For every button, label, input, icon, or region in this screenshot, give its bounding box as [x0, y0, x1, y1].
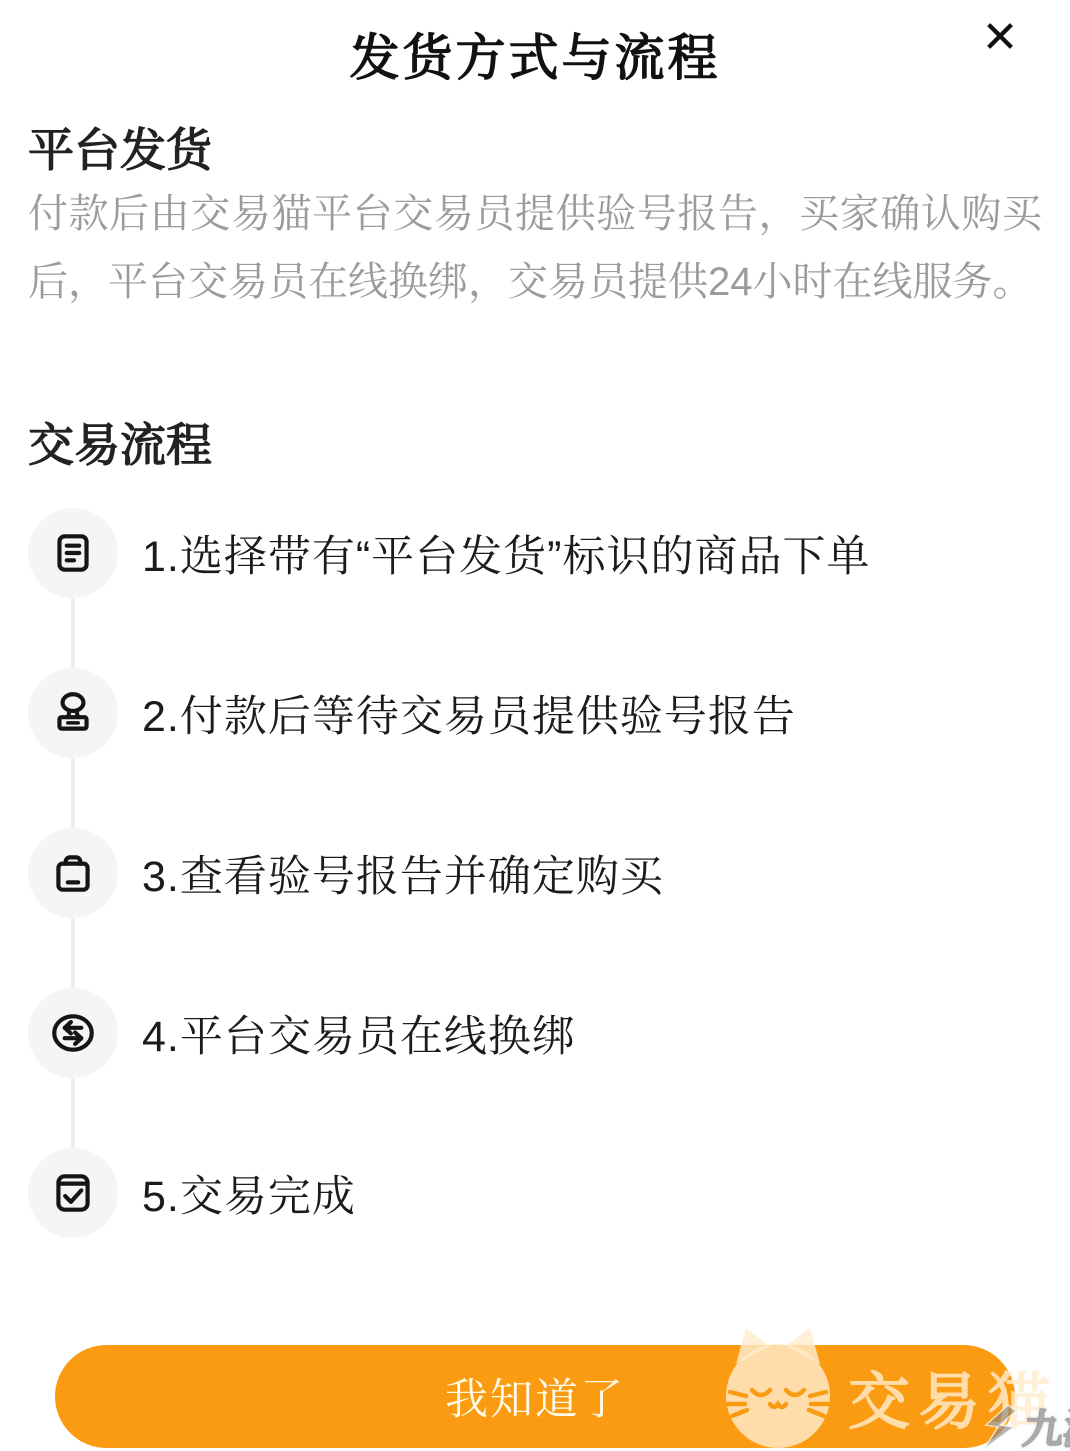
step-row-1: 1.选择带有“平台发货”标识的商品下单: [28, 508, 1042, 598]
step-1-circle: [28, 508, 118, 598]
check-doc-icon: [48, 1168, 98, 1218]
step-5-circle: [28, 1148, 118, 1238]
step-2-circle: [28, 668, 118, 758]
step-5-label: 5.交易完成: [142, 1163, 356, 1224]
confirm-button[interactable]: 我知道了: [55, 1345, 1015, 1448]
close-icon[interactable]: ✕: [970, 8, 1030, 68]
stamp-icon: [48, 688, 98, 738]
trade-process-steps: 1.选择带有“平台发货”标识的商品下单 2.付款后等待交易员提供验号报告: [28, 508, 1042, 1238]
platform-delivery-description: 付款后由交易猫平台交易员提供验号报告，买家确认购买后，平台交易员在线换绑，交易员…: [28, 180, 1042, 316]
step-2-label: 2.付款后等待交易员提供验号报告: [142, 683, 796, 744]
trade-process-heading: 交易流程: [28, 422, 212, 468]
step-connector: [71, 1078, 75, 1148]
step-row-4: 4.平台交易员在线换绑: [28, 988, 1042, 1078]
step-connector: [71, 918, 75, 988]
step-4-label: 4.平台交易员在线换绑: [142, 1003, 576, 1064]
step-connector: [71, 758, 75, 828]
step-row-5: 5.交易完成: [28, 1148, 1042, 1238]
modal-title: 发货方式与流程: [0, 18, 1070, 90]
step-connector: [71, 598, 75, 668]
corner-watermark-text: 九游: [1020, 1398, 1070, 1451]
platform-delivery-heading: 平台发货: [28, 127, 212, 173]
step-1-label: 1.选择带有“平台发货”标识的商品下单: [142, 523, 871, 584]
step-4-circle: [28, 988, 118, 1078]
step-3-label: 3.查看验号报告并确定购买: [142, 843, 664, 904]
step-3-circle: [28, 828, 118, 918]
delivery-method-modal: 发货方式与流程 ✕ 平台发货 付款后由交易猫平台交易员提供验号报告，买家确认购买…: [0, 0, 1070, 1451]
shopping-bag-icon: [48, 848, 98, 898]
transfer-icon: [48, 1008, 98, 1058]
order-doc-icon: [48, 528, 98, 578]
step-row-2: 2.付款后等待交易员提供验号报告: [28, 668, 1042, 758]
step-row-3: 3.查看验号报告并确定购买: [28, 828, 1042, 918]
